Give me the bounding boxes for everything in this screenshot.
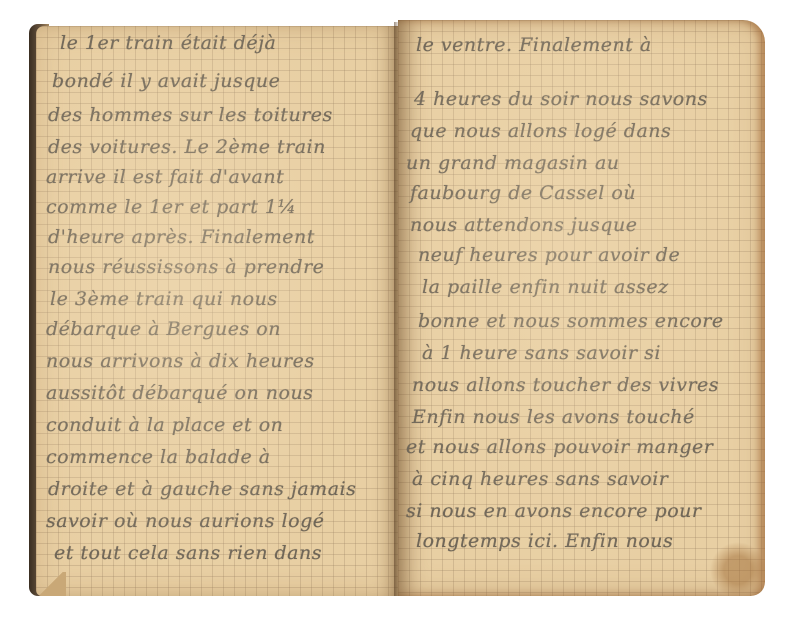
right-line-12: Enfin nous les avons touché bbox=[412, 406, 695, 428]
right-line-2: 4 heures du soir nous savons bbox=[414, 88, 708, 110]
right-line-15: si nous en avons encore pour bbox=[406, 500, 701, 522]
left-line-6: comme le 1er et part 1¼ bbox=[46, 196, 296, 218]
right-line-1: le ventre. Finalement à bbox=[416, 34, 652, 56]
right-line-11: nous allons toucher des vivres bbox=[412, 374, 719, 396]
left-line-7: d'heure après. Finalement bbox=[48, 226, 315, 248]
right-line-16: longtemps ici. Enfin nous bbox=[416, 530, 673, 552]
left-line-1: le 1er train était déjà bbox=[60, 32, 276, 54]
right-line-8: la paille enfin nuit assez bbox=[422, 276, 669, 298]
right-line-5: faubourg de Cassel où bbox=[410, 182, 636, 204]
left-line-9: le 3ème train qui nous bbox=[50, 288, 278, 310]
left-line-15: droite et à gauche sans jamais bbox=[48, 478, 356, 500]
right-line-13: et nous allons pouvoir manger bbox=[406, 436, 713, 458]
left-line-5: arrive il est fait d'avant bbox=[46, 166, 284, 188]
right-line-14: à cinq heures sans savoir bbox=[412, 468, 668, 490]
right-line-7: neuf heures pour avoir de bbox=[418, 244, 680, 266]
left-page: le 1er train était déjà bondé il y avait… bbox=[36, 26, 398, 596]
right-line-10: à 1 heure sans savoir si bbox=[422, 342, 661, 364]
right-page: le ventre. Finalement à 4 heures du soir… bbox=[398, 20, 765, 596]
left-line-8: nous réussissons à prendre bbox=[48, 256, 324, 278]
right-line-4: un grand magasin au bbox=[406, 152, 620, 174]
left-line-2: bondé il y avait jusque bbox=[52, 70, 280, 92]
left-line-10: débarque à Bergues on bbox=[46, 318, 281, 340]
notebook-spread: le 1er train était déjà bondé il y avait… bbox=[0, 0, 800, 617]
left-line-13: conduit à la place et on bbox=[46, 414, 283, 436]
left-line-3: des hommes sur les toitures bbox=[48, 104, 333, 126]
folded-page-corner bbox=[36, 572, 66, 596]
left-line-12: aussitôt débarqué on nous bbox=[46, 382, 313, 404]
right-line-9: bonne et nous sommes encore bbox=[418, 310, 724, 332]
left-line-4: des voitures. Le 2ème train bbox=[48, 136, 326, 158]
right-line-6: nous attendons jusque bbox=[410, 214, 637, 236]
left-line-16: savoir où nous aurions logé bbox=[46, 510, 324, 532]
left-line-17: et tout cela sans rien dans bbox=[54, 542, 322, 564]
right-line-3: que nous allons logé dans bbox=[410, 120, 671, 142]
left-line-11: nous arrivons à dix heures bbox=[46, 350, 315, 372]
left-line-14: commence la balade à bbox=[46, 446, 271, 468]
